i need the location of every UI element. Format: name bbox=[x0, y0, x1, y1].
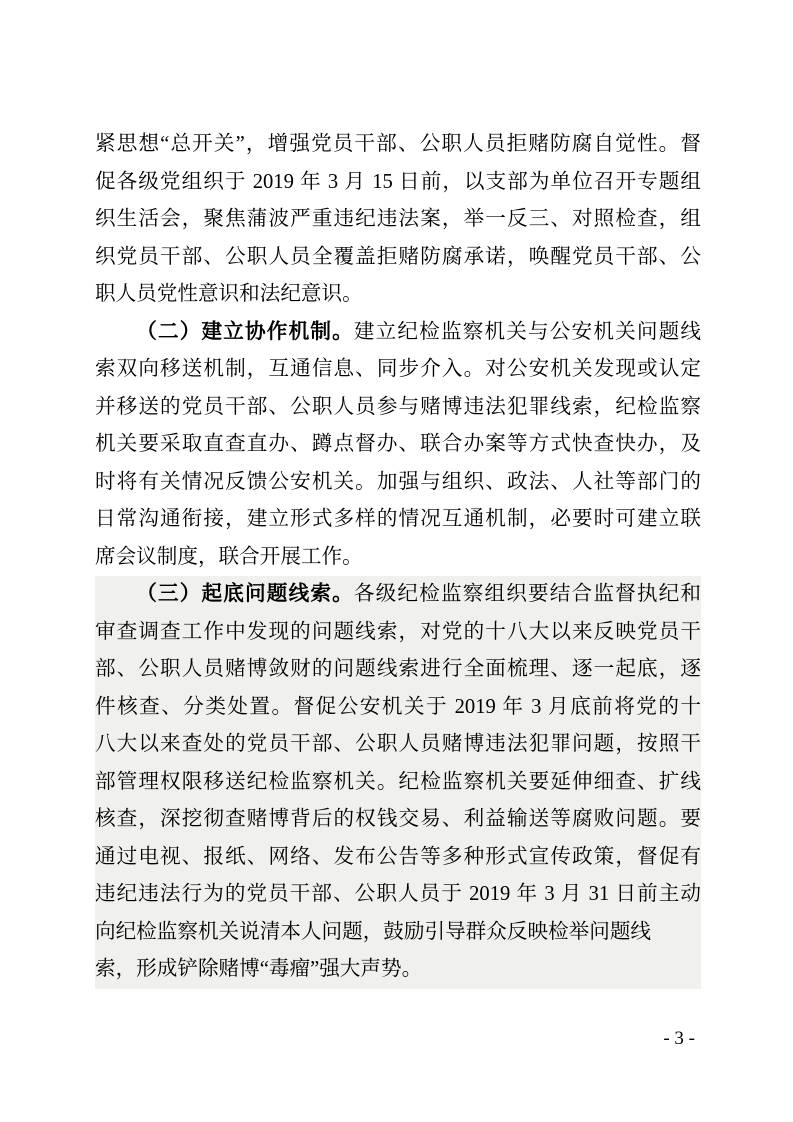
text-line: 席会议制度，联合开展工作。 bbox=[95, 539, 701, 577]
paragraph-heading: （三）起底问题线索。 bbox=[136, 583, 354, 605]
text-line: 核查，深挖彻查赌博背后的权钱交易、利益输送等腐败问题。要 bbox=[95, 801, 701, 839]
text-line: 织党员干部、公职人员全覆盖拒赌防腐承诺，唤醒党员干部、公 bbox=[95, 239, 701, 277]
paragraph-item-3: （三）起底问题线索。各级纪检监察组织要结合监督执纪和审查调查工作中发现的问题线索… bbox=[95, 576, 701, 989]
text-line: 通过电视、报纸、网络、发布公告等多种形式宣传政策，督促有 bbox=[95, 839, 701, 877]
paragraph-continued: 紧思想“总开关”，增强党员干部、公职人员拒赌防腐自觉性。督促各级党组织于 201… bbox=[95, 126, 701, 314]
document-page: 紧思想“总开关”，增强党员干部、公职人员拒赌防腐自觉性。督促各级党组织于 201… bbox=[0, 0, 793, 1122]
text-line: 日常沟通衔接，建立形式多样的情况互通机制，必要时可建立联 bbox=[95, 501, 701, 539]
text-line: 紧思想“总开关”，增强党员干部、公职人员拒赌防腐自觉性。督 bbox=[95, 126, 701, 164]
text-line: 并移送的党员干部、公职人员参与赌博违法犯罪线索，纪检监察 bbox=[95, 389, 701, 427]
paragraph-item-2: （二）建立协作机制。建立纪检监察机关与公安机关问题线索双向移送机制，互通信息、同… bbox=[95, 314, 701, 577]
text-line: （三）起底问题线索。各级纪检监察组织要结合监督执纪和 bbox=[95, 576, 701, 614]
text-line: 机关要采取直查直办、蹲点督办、联合办案等方式快查快办，及 bbox=[95, 426, 701, 464]
paragraph-heading: （二）建立协作机制。 bbox=[136, 321, 354, 343]
text-line: 索双向移送机制，互通信息、同步介入。对公安机关发现或认定 bbox=[95, 351, 701, 389]
text-line: 职人员党性意识和法纪意识。 bbox=[95, 276, 701, 314]
text-line: 索，形成铲除赌博“毒瘤”强大声势。 bbox=[95, 951, 701, 989]
text-line: 织生活会，聚焦蒲波严重违纪违法案，举一反三、对照检查，组 bbox=[95, 201, 701, 239]
text-line: 审查调查工作中发现的问题线索，对党的十八大以来反映党员干 bbox=[95, 614, 701, 652]
text-line: 部、公职人员赌博敛财的问题线索进行全面梳理、逐一起底，逐 bbox=[95, 651, 701, 689]
text-line: 件核查、分类处置。督促公安机关于 2019 年 3 月底前将党的十 bbox=[95, 689, 701, 727]
text-line: 促各级党组织于 2019 年 3 月 15 日前，以支部为单位召开专题组 bbox=[95, 164, 701, 202]
text-line: 部管理权限移送纪检监察机关。纪检监察机关要延伸细查、扩线 bbox=[95, 764, 701, 802]
text-line: 向纪检监察机关说清本人问题，鼓励引导群众反映检举问题线 bbox=[95, 914, 701, 952]
document-body: 紧思想“总开关”，增强党员干部、公职人员拒赌防腐自觉性。督促各级党组织于 201… bbox=[95, 126, 701, 989]
text-line: 违纪违法行为的党员干部、公职人员于 2019 年 3 月 31 日前主动 bbox=[95, 876, 701, 914]
page-number: - 3 - bbox=[663, 1028, 695, 1050]
text-line: 时将有关情况反馈公安机关。加强与组织、政法、人社等部门的 bbox=[95, 464, 701, 502]
text-line: 八大以来查处的党员干部、公职人员赌博违法犯罪问题，按照干 bbox=[95, 726, 701, 764]
text-line: （二）建立协作机制。建立纪检监察机关与公安机关问题线 bbox=[95, 314, 701, 352]
